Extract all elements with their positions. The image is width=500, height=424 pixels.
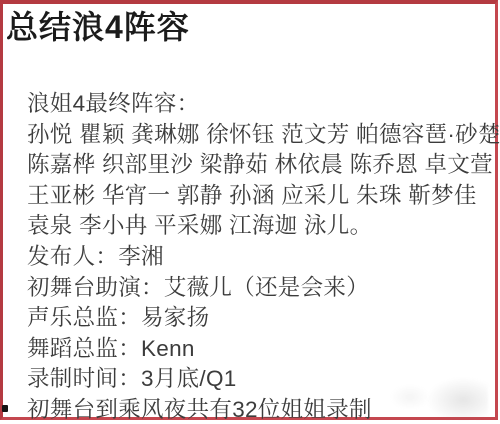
stray-dot-mark	[2, 405, 8, 412]
guest-performer-line: 初舞台助演：艾薇儿（还是会来）	[27, 273, 494, 304]
vocal-director-line: 声乐总监：易家扬	[27, 303, 494, 334]
post-screenshot: 总结浪4阵容 浪姐4最终阵容： 孙悦 瞿颖 龚琳娜 徐怀钰 范文芳 帕德容琶·砂…	[0, 0, 500, 424]
watermark-smudge	[426, 377, 488, 419]
announcer-line: 发布人：李湘	[27, 242, 494, 273]
lineup-names-line-2: 陈嘉桦 织部里沙 梁静茹 林依晨 陈乔恩 卓文萱	[27, 150, 494, 181]
lineup-names-line-1: 孙悦 瞿颖 龚琳娜 徐怀钰 范文芳 帕德容琶·砂楚	[27, 120, 494, 151]
watermark-smudge-faint	[390, 384, 430, 410]
lineup-names-line-4: 袁泉 李小冉 平采娜 江海迦 泳儿。	[27, 211, 494, 242]
lineup-names-line-3: 王亚彬 华宵一 郭静 孙涵 应采儿 朱珠 靳梦佳	[27, 181, 494, 212]
post-body: 浪姐4最终阵容： 孙悦 瞿颖 龚琳娜 徐怀钰 范文芳 帕德容琶·砂楚 陈嘉桦 织…	[27, 89, 494, 424]
dance-director-line: 舞蹈总监：Kenn	[27, 334, 494, 365]
lineup-heading-line: 浪姐4最终阵容：	[27, 89, 494, 120]
page-title: 总结浪4阵容	[6, 2, 190, 48]
